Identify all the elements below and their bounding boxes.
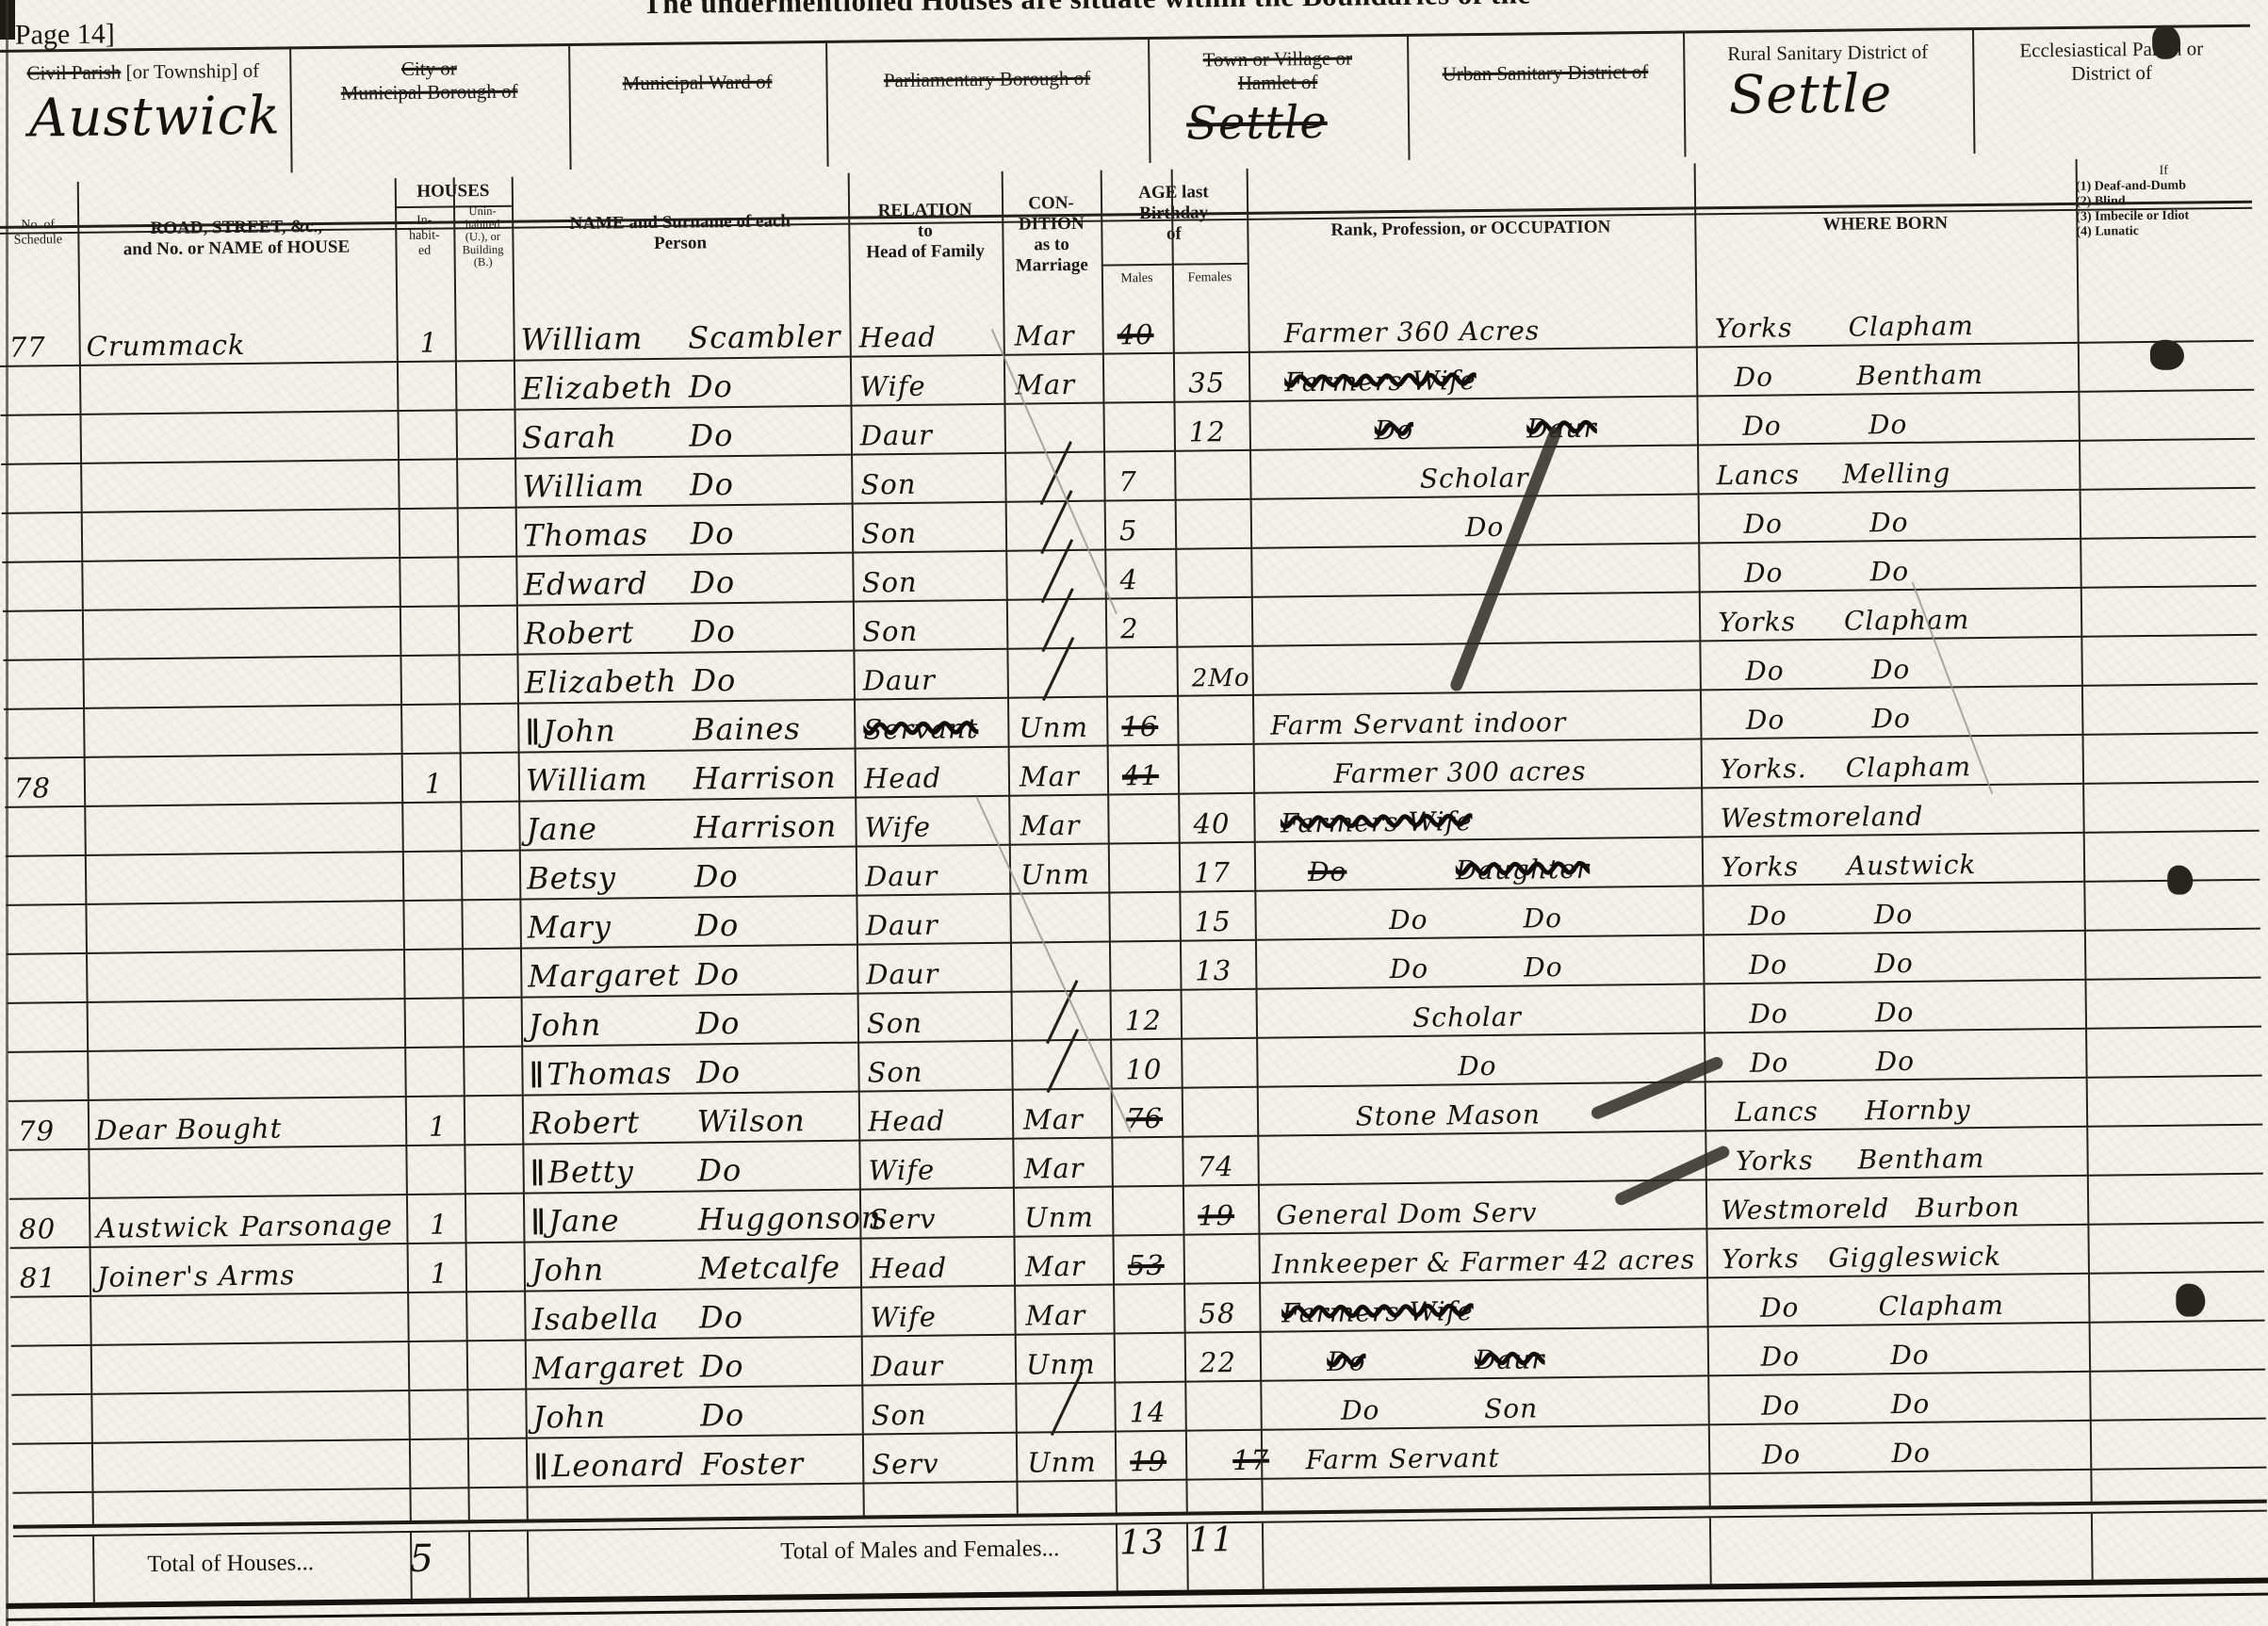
person-forename: Margaret bbox=[532, 1349, 685, 1387]
condition-value: Mar bbox=[1023, 1152, 1084, 1185]
cell-infirmity bbox=[2080, 487, 2263, 538]
cell-infirmity bbox=[2086, 1124, 2268, 1175]
cell-person-name: JohnMetcalfe bbox=[523, 1238, 860, 1291]
cell-road-house bbox=[84, 802, 402, 854]
cell-where-born: YorksGiggleswick bbox=[1705, 1224, 2088, 1277]
cell-houses-uninhabited bbox=[464, 1144, 523, 1194]
box-town-village: Town or Village orHamlet of Settle bbox=[1148, 37, 1409, 166]
cell-relation: Son bbox=[857, 1040, 1012, 1091]
cell-where-born: DoDo bbox=[1707, 1371, 2090, 1424]
cell-where-born: DoDo bbox=[1707, 1322, 2090, 1375]
person-forename: ∥John bbox=[525, 712, 616, 749]
where-born-entry: Austwick bbox=[1847, 849, 1977, 882]
relation-value: Daur bbox=[863, 664, 936, 697]
total-houses-value: 5 bbox=[409, 1537, 434, 1581]
cell-road-house bbox=[81, 557, 400, 610]
cell-age-female bbox=[1182, 1086, 1258, 1136]
where-born-entry: Bentham bbox=[1857, 1143, 1984, 1176]
condition-value: Unm bbox=[1027, 1446, 1097, 1479]
cell-person-name: JohnDo bbox=[521, 993, 858, 1046]
where-born-entry: Do bbox=[1742, 410, 1782, 441]
relation-value: Head bbox=[868, 1105, 946, 1138]
cell-person-name: ∥JohnBaines bbox=[517, 699, 855, 752]
cell-where-born: DoDo bbox=[1703, 930, 2085, 984]
cell-relation: Head bbox=[859, 1236, 1014, 1287]
age-male-value: 7 bbox=[1118, 465, 1137, 497]
household-end-mark: ∥ bbox=[529, 1059, 542, 1092]
age-female-value: 12 bbox=[1189, 415, 1226, 447]
cell-age-male bbox=[1105, 646, 1177, 696]
totals-column-rule bbox=[1262, 1523, 1265, 1589]
cell-age-female bbox=[1176, 596, 1252, 646]
ink-blot bbox=[2176, 1283, 2205, 1316]
cell-age-male: 2 bbox=[1105, 597, 1177, 647]
total-males-value: 13 bbox=[1119, 1523, 1165, 1563]
where-born-entry: Do bbox=[1760, 1341, 1800, 1372]
where-born-entry: Do bbox=[1871, 703, 1911, 734]
totals-column-rule bbox=[1116, 1524, 1118, 1590]
cell-schedule-number bbox=[8, 1148, 89, 1198]
cell-road-house bbox=[91, 1439, 410, 1491]
where-born-entry: Clapham bbox=[1844, 604, 1970, 637]
cell-condition: Unm bbox=[1007, 696, 1107, 746]
cell-where-born: DoBentham bbox=[1696, 342, 2079, 396]
occupation-entry: Farmers Wife bbox=[1281, 805, 1473, 838]
cell-schedule-number: 78 bbox=[5, 756, 85, 806]
age-male-value: 12 bbox=[1125, 1004, 1162, 1036]
person-forename: Mary bbox=[528, 909, 612, 946]
relation-value: Son bbox=[861, 517, 917, 550]
relation-value: Son bbox=[867, 1056, 922, 1089]
cell-road-house bbox=[83, 704, 401, 756]
cell-age-male: 53 bbox=[1112, 1234, 1183, 1284]
cell-where-born: DoDo bbox=[1698, 538, 2080, 592]
cell-road-house bbox=[85, 900, 403, 952]
relation-value: Son bbox=[867, 1007, 922, 1040]
occupation-entry: Son bbox=[1484, 1392, 1538, 1424]
where-born-entry: Do bbox=[1874, 899, 1914, 930]
cell-houses-inhabited bbox=[398, 458, 457, 508]
bottom-rule bbox=[7, 1578, 2268, 1609]
where-born-entry: Do bbox=[1745, 655, 1785, 686]
cell-houses-uninhabited bbox=[455, 409, 514, 459]
cell-age-female: 74 bbox=[1182, 1135, 1258, 1185]
cell-age-male: 19 bbox=[1115, 1430, 1186, 1480]
cell-schedule-number bbox=[11, 1344, 91, 1394]
relation-value: Wife bbox=[868, 1154, 935, 1187]
cell-condition bbox=[1010, 941, 1110, 991]
cell-person-name: WilliamScambler bbox=[513, 307, 850, 360]
cell-age-female bbox=[1175, 547, 1251, 597]
cell-houses-uninhabited bbox=[456, 458, 515, 508]
occupation-entry: Do bbox=[1341, 1394, 1380, 1425]
page-number-label: Page 14] bbox=[15, 18, 115, 51]
cell-schedule-number bbox=[5, 805, 85, 855]
where-born-entry: Hornby bbox=[1865, 1094, 1971, 1126]
cell-schedule-number: 77 bbox=[0, 316, 79, 366]
where-born-entry: Do bbox=[1891, 1389, 1931, 1420]
cell-schedule-number bbox=[8, 1050, 88, 1100]
cell-relation: Wife bbox=[860, 1285, 1015, 1336]
occupation-entry: Do bbox=[1458, 1050, 1497, 1081]
person-forename: ∥Thomas bbox=[529, 1055, 672, 1093]
schedule-number: 80 bbox=[19, 1212, 56, 1244]
cell-age-male: 12 bbox=[1110, 989, 1182, 1039]
condition-slash-mark bbox=[1046, 1029, 1078, 1093]
relation-value: Head bbox=[864, 762, 942, 795]
age-female-value: 58 bbox=[1199, 1297, 1235, 1329]
cell-occupation: DoDo bbox=[1255, 934, 1704, 987]
cell-age-male: 40 bbox=[1101, 303, 1173, 353]
cell-age-female: 58 bbox=[1183, 1282, 1260, 1332]
person-forename: John bbox=[532, 1399, 606, 1436]
cell-occupation: Farmers Wife bbox=[1259, 1276, 1707, 1330]
person-surname: Do bbox=[690, 466, 734, 503]
cell-schedule-number bbox=[3, 659, 83, 708]
house-name: Dear Bought bbox=[95, 1113, 283, 1146]
cell-occupation: DoSon bbox=[1260, 1374, 1708, 1428]
cell-road-house: Crummack bbox=[78, 312, 397, 365]
age-male-value: 76 bbox=[1126, 1102, 1163, 1134]
person-forename: Jane bbox=[526, 811, 597, 848]
box-ecclesiastical: Ecclesiastical Parish orDistrict of bbox=[1972, 27, 2252, 156]
cell-where-born: YorksAustwick bbox=[1702, 832, 2084, 886]
cell-age-male: 10 bbox=[1110, 1038, 1182, 1088]
cell-person-name: BetsyDo bbox=[519, 846, 857, 899]
age-female-value: 13 bbox=[1195, 954, 1232, 986]
where-born-entry: Clapham bbox=[1846, 751, 1972, 784]
cell-infirmity bbox=[2084, 977, 2268, 1028]
age-male-value: 40 bbox=[1117, 318, 1153, 350]
municipal-ward-label: Municipal Ward of bbox=[622, 71, 772, 95]
cell-houses-uninhabited bbox=[460, 801, 519, 851]
where-born-entry: Yorks bbox=[1721, 851, 1799, 883]
cell-where-born: DoDo bbox=[1708, 1420, 2091, 1473]
where-born-entry: Do bbox=[1749, 998, 1788, 1029]
occupation-entry: Do bbox=[1389, 904, 1428, 935]
occupation-entry: Daur bbox=[1526, 413, 1597, 445]
person-surname: Do bbox=[692, 613, 736, 650]
occupation-entry: Innkeeper & Farmer 42 acres bbox=[1272, 1244, 1695, 1280]
cell-person-name: JaneHarrison bbox=[518, 797, 856, 850]
cell-where-born: DoDo bbox=[1703, 979, 2085, 1033]
cell-age-female bbox=[1178, 743, 1254, 793]
occupation-entry: Do bbox=[1524, 951, 1563, 983]
totals-column-rule bbox=[468, 1532, 471, 1598]
relation-value: Head bbox=[858, 321, 937, 354]
person-forename: ∥Betty bbox=[530, 1153, 634, 1190]
cell-age-female: 17 bbox=[1179, 841, 1255, 891]
where-born-entry: Do bbox=[1874, 948, 1914, 979]
person-surname: Do bbox=[697, 1152, 742, 1189]
where-born-entry: Melling bbox=[1842, 457, 1950, 489]
age-male-value: 2 bbox=[1120, 612, 1139, 644]
cell-occupation bbox=[1257, 1130, 1705, 1183]
cell-occupation: DoDaur bbox=[1260, 1325, 1708, 1379]
cell-houses-inhabited bbox=[405, 1144, 465, 1194]
cell-schedule-number bbox=[12, 1442, 92, 1492]
box-urban-sanitary: Urban Sanitary District of bbox=[1407, 34, 1685, 163]
cell-road-house bbox=[90, 1341, 409, 1393]
cell-age-male: 41 bbox=[1107, 744, 1179, 794]
cell-houses-uninhabited bbox=[463, 1046, 522, 1096]
cell-person-name: SarahDo bbox=[514, 405, 851, 458]
cell-relation: Servant bbox=[854, 697, 1008, 748]
cell-relation: Son bbox=[857, 991, 1012, 1042]
cell-person-name: ElizabethDo bbox=[516, 650, 854, 703]
cell-relation: Head bbox=[849, 305, 1003, 356]
cell-condition bbox=[1005, 500, 1105, 550]
parliamentary-borough-label: Parliamentary Borough of bbox=[884, 67, 1091, 91]
cell-condition bbox=[1015, 1382, 1115, 1432]
house-name: Austwick Parsonage bbox=[96, 1209, 393, 1244]
cell-road-house bbox=[90, 1292, 408, 1344]
where-born-entry: Clapham bbox=[1878, 1290, 2004, 1323]
box-city-borough: City orMunicipal Borough of bbox=[289, 46, 570, 175]
cell-age-male bbox=[1111, 1136, 1183, 1186]
relation-value: Daur bbox=[860, 419, 933, 452]
cell-houses-uninhabited bbox=[463, 997, 522, 1047]
cell-relation: Son bbox=[852, 501, 1006, 552]
cell-age-male bbox=[1107, 793, 1179, 843]
cell-houses-inhabited bbox=[403, 948, 463, 998]
cell-schedule-number bbox=[4, 707, 84, 757]
cell-schedule-number bbox=[3, 610, 83, 659]
occupation-entry: Do bbox=[1465, 512, 1505, 543]
cell-condition bbox=[1006, 647, 1106, 697]
person-surname: Do bbox=[700, 1397, 744, 1434]
cell-age-male: 5 bbox=[1104, 499, 1176, 549]
ink-blot bbox=[2167, 865, 2193, 894]
person-surname: Do bbox=[699, 1348, 743, 1385]
cell-person-name: ElizabethDo bbox=[514, 356, 851, 409]
ink-blot bbox=[2152, 25, 2180, 59]
cell-where-born: DoDo bbox=[1704, 1028, 2086, 1081]
relation-value: Head bbox=[870, 1252, 948, 1285]
cell-houses-inhabited bbox=[404, 997, 464, 1047]
cell-age-female bbox=[1181, 1037, 1257, 1087]
cell-relation: Daur bbox=[857, 942, 1011, 993]
relation-value: Son bbox=[862, 615, 918, 648]
person-forename: ∥Leonard bbox=[533, 1447, 685, 1485]
occupation-entry: Daur bbox=[1475, 1343, 1545, 1375]
cell-where-born: DoDo bbox=[1696, 391, 2079, 445]
where-born-entry: Do bbox=[1890, 1340, 1930, 1371]
where-born-entry: Lancs bbox=[1716, 459, 1800, 491]
cell-houses-uninhabited bbox=[461, 899, 520, 949]
box-rural-sanitary: Rural Sanitary District of Settle bbox=[1683, 30, 1974, 159]
person-forename: William bbox=[522, 467, 645, 504]
where-born-entry: Westmoreld bbox=[1721, 1193, 1889, 1226]
cell-houses-inhabited bbox=[400, 703, 460, 753]
relation-value: Wife bbox=[870, 1301, 937, 1334]
where-born-entry: Do bbox=[1744, 557, 1784, 588]
cell-where-born: DoDo bbox=[1699, 636, 2081, 690]
town-village-line1: Town or Village or bbox=[1202, 47, 1352, 72]
where-born-entry: Do bbox=[1868, 409, 1908, 440]
person-surname: Foster bbox=[701, 1445, 805, 1482]
person-forename: John bbox=[529, 1007, 602, 1044]
age-male-value: 4 bbox=[1119, 563, 1138, 595]
cell-condition bbox=[1006, 598, 1106, 648]
person-forename: Thomas bbox=[523, 516, 648, 554]
cell-infirmity bbox=[2081, 732, 2265, 783]
cell-infirmity bbox=[2087, 1222, 2268, 1273]
cell-where-born: DoDo bbox=[1698, 489, 2080, 543]
cell-schedule-number bbox=[1, 414, 81, 463]
city-borough-line1: City or bbox=[401, 57, 457, 80]
cell-houses-uninhabited bbox=[464, 1095, 523, 1145]
cell-where-born: YorksClapham bbox=[1695, 293, 2078, 347]
cell-age-female: 2Mo bbox=[1176, 645, 1252, 695]
person-surname: Harrison bbox=[693, 808, 838, 846]
where-born-entry: Yorks bbox=[1721, 1243, 1800, 1275]
col-header-infirmity: If (1) Deaf-and-Dumb (2) Blind (3) Imbec… bbox=[2076, 157, 2254, 299]
cell-houses-uninhabited bbox=[467, 1438, 527, 1488]
cell-age-male: 16 bbox=[1106, 695, 1178, 745]
cell-condition: Mar bbox=[1003, 353, 1103, 403]
relation-value: Son bbox=[871, 1399, 926, 1432]
cell-relation: Daur bbox=[850, 403, 1004, 454]
cell-relation: Head bbox=[855, 746, 1009, 797]
age-female-value: 22 bbox=[1199, 1346, 1236, 1378]
cell-age-male bbox=[1112, 1185, 1183, 1235]
cell-houses-uninhabited bbox=[466, 1340, 526, 1390]
person-forename: Edward bbox=[523, 565, 648, 602]
where-born-entry: Do bbox=[1875, 997, 1915, 1028]
age-female-value: 2Mo bbox=[1192, 664, 1250, 693]
relation-value: Daur bbox=[866, 909, 938, 942]
cell-where-born: YorksClapham bbox=[1699, 587, 2081, 641]
household-end-mark: ∥ bbox=[525, 716, 538, 749]
cell-age-female bbox=[1174, 449, 1250, 499]
total-males-females-label: Total of Males and Females... bbox=[780, 1536, 1059, 1565]
cell-schedule-number bbox=[2, 512, 82, 561]
cell-schedule-number bbox=[10, 1295, 90, 1345]
occupation-entry: Daughter bbox=[1456, 854, 1591, 886]
person-surname: Do bbox=[691, 564, 735, 601]
cell-houses-uninhabited bbox=[460, 752, 519, 802]
cell-person-name: MaryDo bbox=[519, 895, 857, 948]
person-forename: William bbox=[520, 320, 643, 357]
cell-infirmity bbox=[2086, 1075, 2268, 1126]
cell-condition bbox=[1011, 1039, 1111, 1089]
relation-value: Daur bbox=[866, 958, 938, 991]
cell-road-house bbox=[86, 949, 404, 1001]
cell-age-male: 7 bbox=[1103, 450, 1175, 500]
cell-condition: Mar bbox=[1008, 794, 1108, 844]
relation-value: Son bbox=[861, 566, 917, 599]
house-name: Crummack bbox=[87, 329, 246, 363]
cell-road-house bbox=[81, 508, 400, 561]
cell-schedule-number bbox=[0, 365, 80, 415]
cell-age-female: 13 bbox=[1180, 939, 1256, 989]
age-female-value: 40 bbox=[1193, 807, 1230, 839]
age-male-value: 53 bbox=[1128, 1249, 1165, 1281]
cell-person-name: WilliamDo bbox=[514, 454, 852, 507]
cell-houses-inhabited bbox=[397, 409, 456, 459]
city-borough-line2: Municipal Borough of bbox=[341, 80, 518, 105]
cell-age-male bbox=[1114, 1332, 1185, 1382]
cell-age-female: 40 bbox=[1178, 792, 1254, 842]
where-born-entry: Do bbox=[1750, 1047, 1789, 1078]
cell-schedule-number bbox=[6, 903, 86, 953]
cell-houses-inhabited bbox=[399, 507, 458, 557]
cell-where-born: DoDo bbox=[1700, 685, 2082, 739]
cell-person-name: IsabellaDo bbox=[524, 1287, 861, 1340]
relation-value: Wife bbox=[864, 811, 931, 844]
cell-schedule-number bbox=[2, 561, 82, 610]
cell-person-name: EdwardDo bbox=[515, 552, 853, 605]
cell-where-born: DoClapham bbox=[1706, 1273, 2089, 1326]
cell-road-house bbox=[80, 459, 399, 512]
totals-column-rule bbox=[2091, 1514, 2094, 1580]
cell-age-female bbox=[1181, 988, 1257, 1038]
cell-houses-uninhabited bbox=[457, 507, 516, 557]
condition-value: Mar bbox=[1025, 1299, 1085, 1332]
where-born-entry: Do bbox=[1734, 362, 1773, 393]
cell-houses-inhabited bbox=[399, 556, 458, 606]
cell-person-name: RobertWilson bbox=[522, 1091, 859, 1144]
condition-slash-mark bbox=[1041, 637, 1073, 701]
occupation-entry: Farm Servant indoor bbox=[1270, 707, 1566, 741]
cell-where-born: DoDo bbox=[1702, 881, 2084, 935]
cell-road-house bbox=[82, 606, 400, 659]
occupation-entry: Do bbox=[1523, 902, 1562, 934]
cell-infirmity bbox=[2081, 683, 2265, 734]
where-born-entry: Do bbox=[1869, 507, 1909, 538]
cell-age-female bbox=[1172, 302, 1248, 352]
cell-where-born: Westmoreland bbox=[1701, 783, 2083, 837]
cell-houses-inhabited bbox=[402, 899, 462, 949]
cell-houses-uninhabited bbox=[459, 703, 518, 753]
age-female-value: 17 bbox=[1194, 856, 1231, 888]
person-surname: Do bbox=[692, 662, 736, 699]
where-born-entry: Do bbox=[1760, 1292, 1800, 1323]
occupation-entry: Do bbox=[1390, 953, 1429, 984]
person-forename: ∥Jane bbox=[530, 1202, 620, 1239]
totals-column-rule bbox=[1709, 1518, 1712, 1584]
condition-value: Mar bbox=[1014, 319, 1074, 352]
box-parliamentary-borough: Parliamentary Borough of bbox=[825, 40, 1149, 170]
cell-condition: Mar bbox=[1013, 1235, 1113, 1285]
page-title: The undermentioned Houses are situate wi… bbox=[643, 0, 1531, 21]
inhabited-tally: 1 bbox=[425, 768, 444, 800]
cell-where-born: YorksBentham bbox=[1705, 1126, 2087, 1179]
totals-column-rule bbox=[527, 1532, 530, 1598]
house-name: Joiner's Arms bbox=[97, 1259, 296, 1293]
cell-road-house bbox=[88, 1145, 406, 1197]
cell-infirmity bbox=[2084, 928, 2268, 979]
cell-road-house bbox=[80, 410, 399, 463]
cell-condition: Unm bbox=[1009, 843, 1109, 893]
household-end-mark: ∥ bbox=[533, 1451, 547, 1484]
where-born-entry: Yorks bbox=[1718, 606, 1796, 638]
age-male-value: 14 bbox=[1129, 1396, 1166, 1428]
where-born-entry: Yorks bbox=[1715, 312, 1793, 344]
where-born-entry: Bentham bbox=[1856, 359, 1983, 392]
cell-relation: Daur bbox=[856, 844, 1010, 895]
condition-value: Mar bbox=[1020, 760, 1080, 793]
cell-houses-inhabited bbox=[407, 1291, 466, 1341]
cell-schedule-number bbox=[8, 1001, 88, 1051]
cell-infirmity bbox=[2087, 1173, 2268, 1224]
condition-value: Unm bbox=[1019, 711, 1088, 744]
cell-infirmity bbox=[2080, 634, 2264, 685]
condition-value: Unm bbox=[1024, 1201, 1094, 1234]
cell-infirmity bbox=[2090, 1418, 2268, 1469]
town-village-value: Settle bbox=[1186, 95, 1409, 151]
